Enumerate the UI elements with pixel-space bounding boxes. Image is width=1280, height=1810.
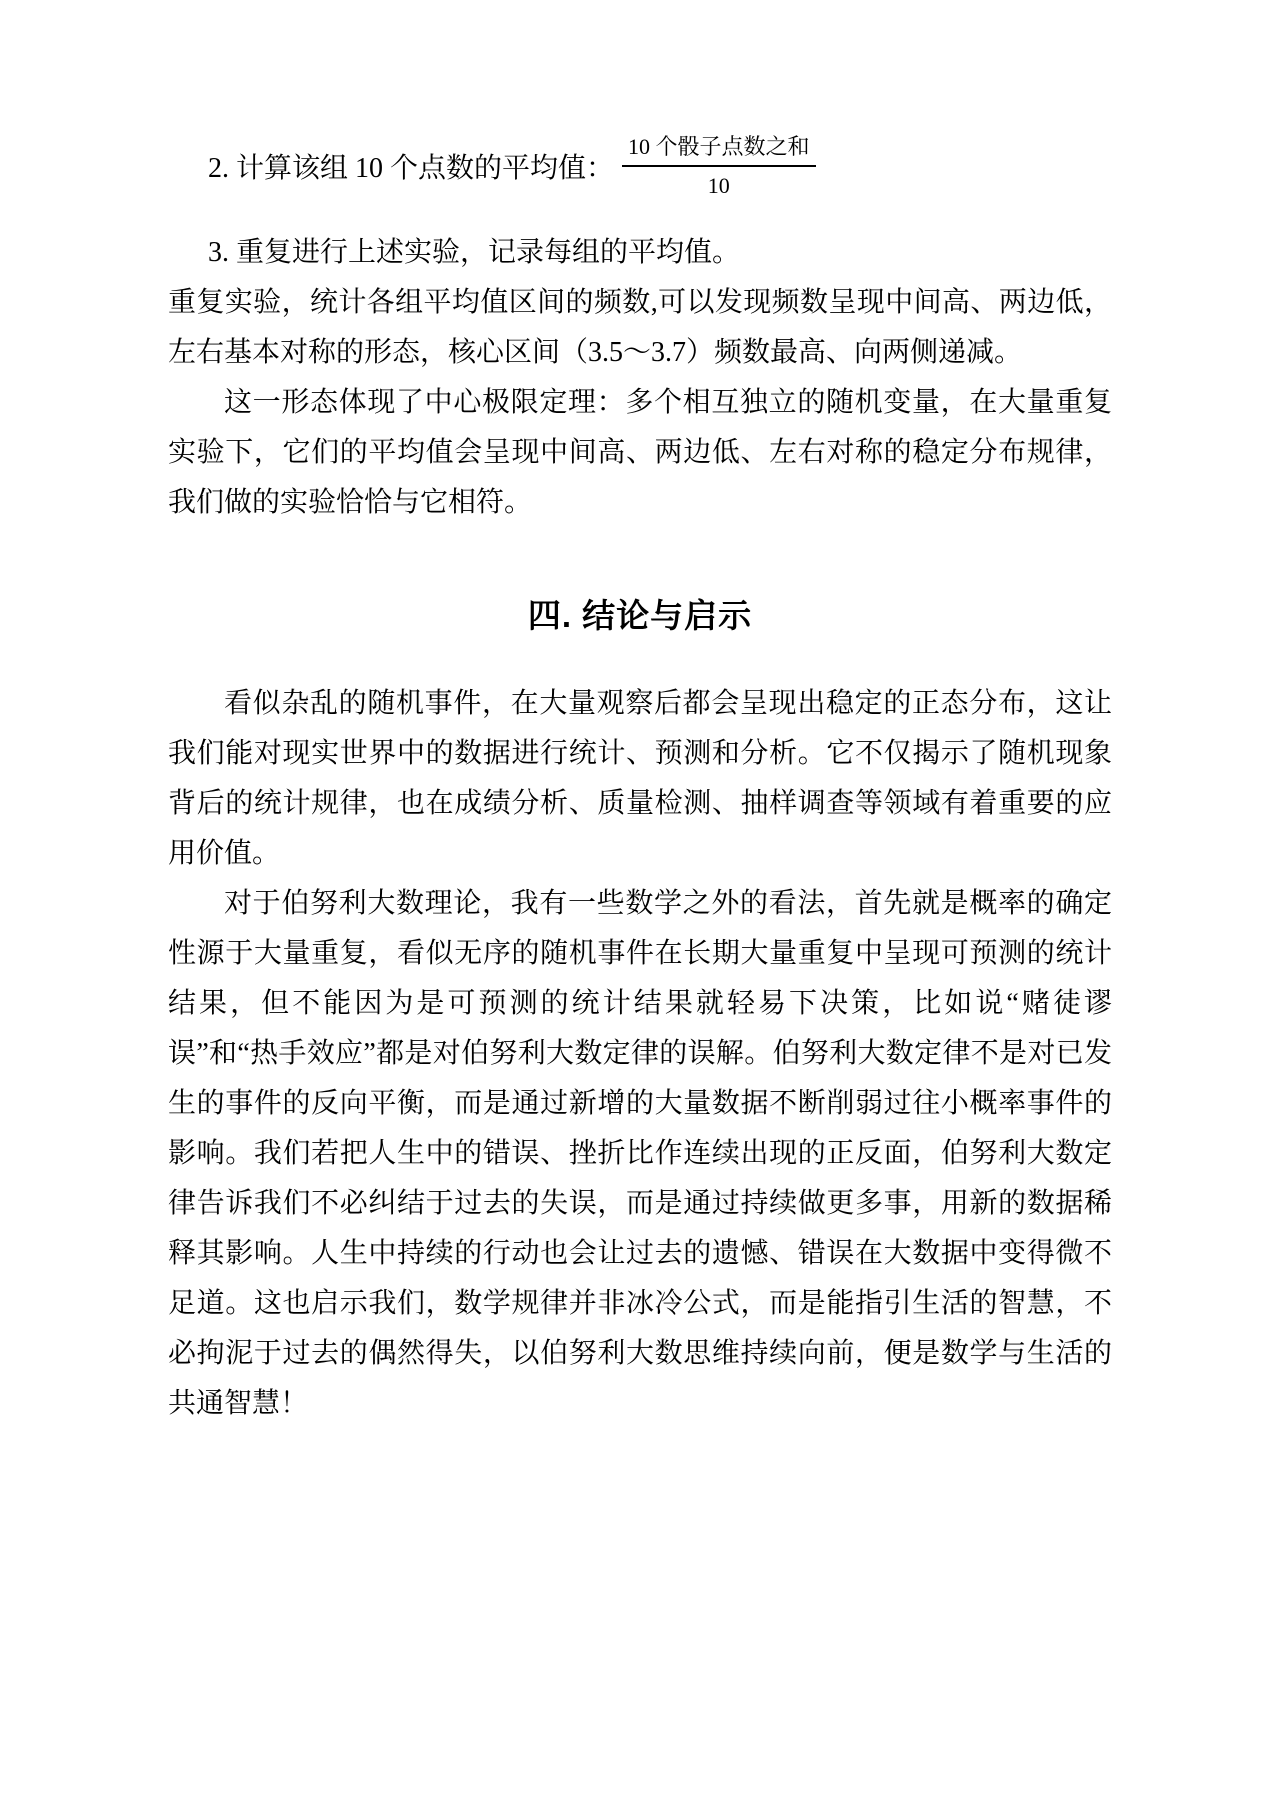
fraction-denominator: 10 [708,167,730,202]
list-item-2: 2. 计算该组 10 个点数的平均值： 10 个骰子点数之和 10 [168,118,1112,214]
list-item-3: 3. 重复进行上述实验，记录每组的平均值。 [168,228,1112,278]
fraction-numerator: 10 个骰子点数之和 [622,130,816,167]
list-item-2-text: 2. 计算该组 10 个点数的平均值： [208,146,614,186]
paragraph-conclusion: 看似杂乱的随机事件，在大量观察后都会呈现出稳定的正态分布，这让我们能对现实世界中… [168,679,1112,879]
paragraph-frequency: 重复实验，统计各组平均值区间的频数,可以发现频数呈现中间高、两边低，左右基本对称… [168,278,1112,378]
section-heading: 四. 结论与启示 [168,590,1112,637]
paragraph-reflection: 对于伯努利大数理论，我有一些数学之外的看法，首先就是概率的确定性源于大量重复，看… [168,879,1112,1429]
paragraph-central-limit: 这一形态体现了中心极限定理：多个相互独立的随机变量，在大量重复实验下，它们的平均… [168,378,1112,528]
document-page: 2. 计算该组 10 个点数的平均值： 10 个骰子点数之和 10 3. 重复进… [0,0,1280,1810]
fraction: 10 个骰子点数之和 10 [622,130,816,202]
